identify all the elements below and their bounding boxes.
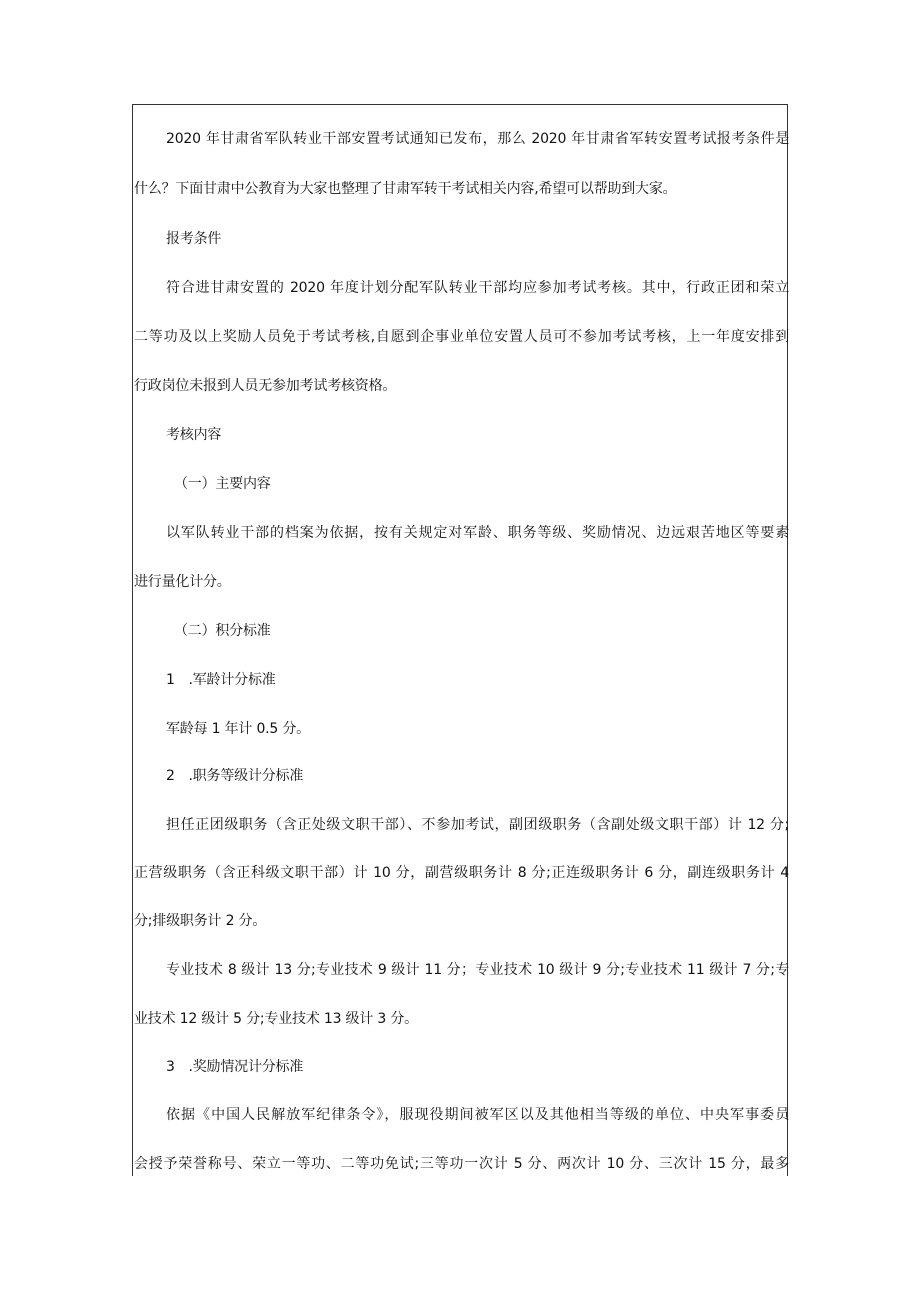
technical-line-2: 业技术 12 级计 5 分;专业技术 13 级计 3 分。 <box>134 1010 789 1028</box>
technical-line-1: 专业技术 8 级计 13 分;专业技术 9 级计 11 分；专业技术 10 级计… <box>134 961 789 979</box>
item-military-age-heading: 1 .军龄计分标准 <box>134 671 789 689</box>
subheading-scoring-standard: （二）积分标准 <box>134 622 789 640</box>
eligibility-line-3: 行政岗位未报到人员无参加考试考核资格。 <box>134 377 789 395</box>
eligibility-line-1: 符合进甘肃安置的 2020 年度计划分配军队转业干部均应参加考试考核。其中，行政… <box>134 279 789 297</box>
main-content-line-2: 进行量化计分。 <box>134 573 789 591</box>
heading-eligibility: 报考条件 <box>134 230 789 248</box>
eligibility-line-2: 二等功及以上奖励人员免于考试考核,自愿到企事业单位安置人员可不参加考试考核，上一… <box>134 328 789 346</box>
intro-line-1: 2020 年甘肃省军队转业干部安置考试通知已发布，那么 2020 年甘肃省军转安… <box>134 130 789 148</box>
item-rank-heading: 2 .职务等级计分标准 <box>134 767 789 785</box>
subheading-main-content: （一）主要内容 <box>134 475 789 493</box>
awards-line-2: 会授予荣誉称号、荣立一等功、二等功免试;三等功一次计 5 分、两次计 10 分、… <box>134 1155 789 1173</box>
intro-line-2: 什么？下面甘肃中公教育为大家也整理了甘肃军转干考试相关内容,希望可以帮助到大家。 <box>134 180 789 198</box>
item-military-age-text: 军龄每 1 年计 0.5 分。 <box>134 720 789 738</box>
heading-assessment-content: 考核内容 <box>134 426 789 444</box>
awards-line-1: 依据《中国人民解放军纪律条令》，服现役期间被军区以及其他相当等级的单位、中央军事… <box>134 1106 789 1124</box>
rank-line-2: 正营级职务（含正科级文职干部）计 10 分，副营级职务计 8 分;正连级职务计 … <box>134 864 789 882</box>
item-awards-heading: 3 .奖励情况计分标准 <box>134 1058 789 1076</box>
rank-line-3: 分;排级职务计 2 分。 <box>134 912 789 930</box>
rank-line-1: 担任正团级职务（含正处级文职干部）、不参加考试，副团级职务（含副处级文职干部）计… <box>134 816 789 834</box>
main-content-line-1: 以军队转业干部的档案为依据，按有关规定对军龄、职务等级、奖励情况、边远艰苦地区等… <box>134 524 789 542</box>
